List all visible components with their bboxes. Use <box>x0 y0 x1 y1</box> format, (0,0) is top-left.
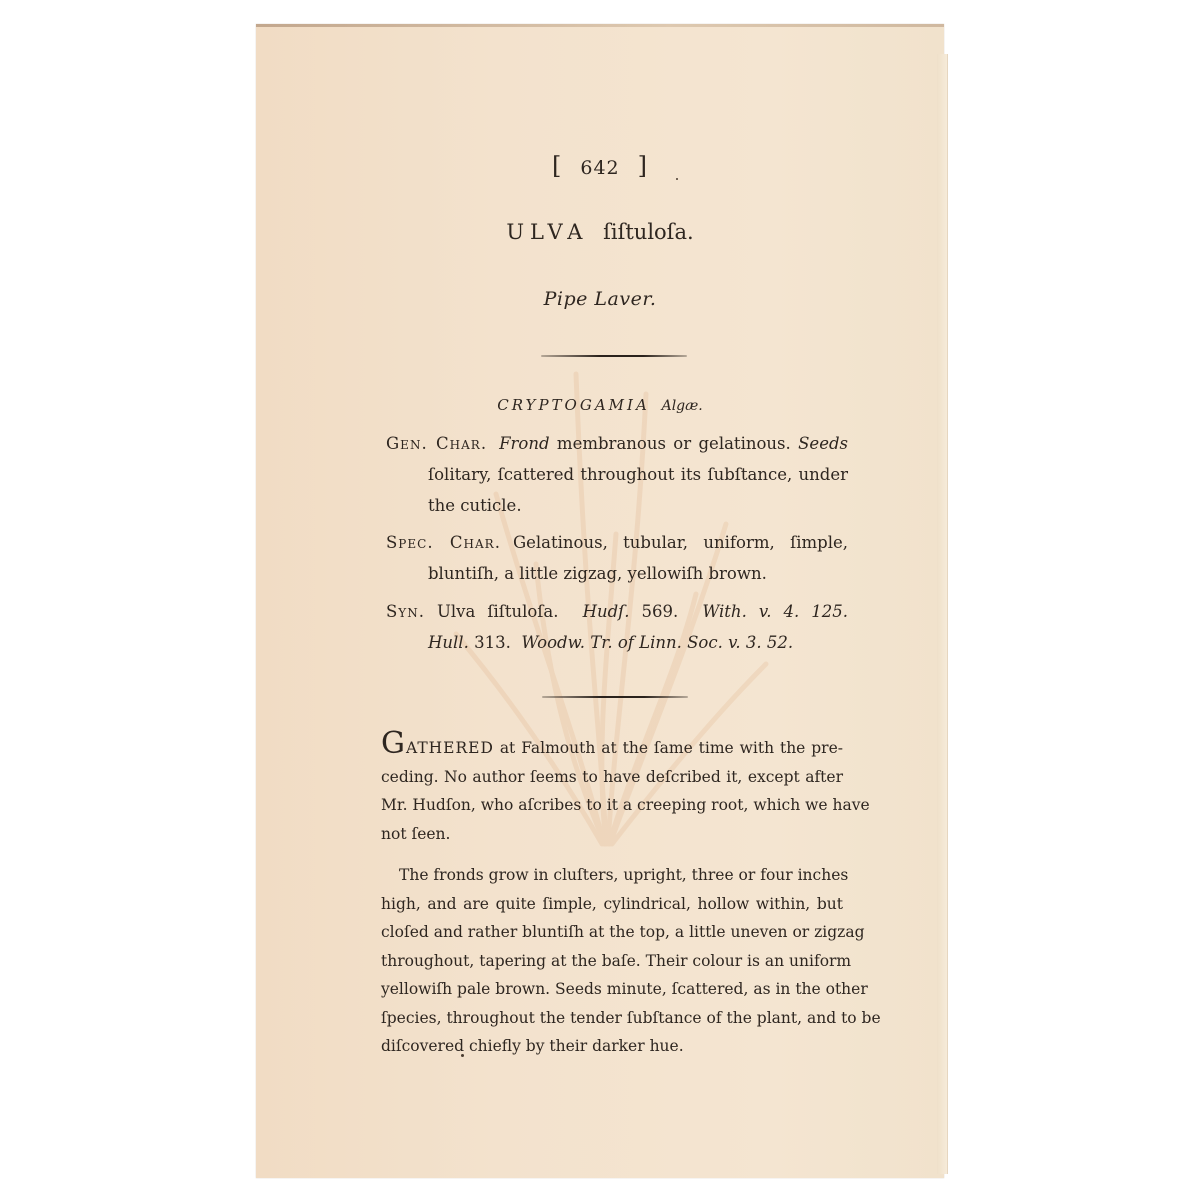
scan-background: [642] ULVA ſiſtuloſa. Pipe Laver. CRYPTO… <box>0 0 1200 1200</box>
page-number-bracket-open: [ <box>552 152 562 180</box>
page-number-bracket-close: ] <box>638 152 648 180</box>
specific-character-label: Spec. Char. <box>386 533 501 552</box>
paragraph-line: diſcovered chiefly by their darker hue. <box>381 1032 843 1061</box>
paragraph-line: not ſeen. <box>381 820 843 849</box>
book-page: [642] ULVA ſiſtuloſa. Pipe Laver. CRYPTO… <box>256 24 944 1178</box>
page-number-value: 642 <box>580 157 619 179</box>
synonyms-label: Syn. <box>386 602 425 621</box>
paragraph-line: yellowiſh pale brown. Seeds minute, ſcat… <box>381 975 843 1004</box>
generic-character: Gen. Char.Frond membranous or gelatinous… <box>386 428 848 521</box>
classification: CRYPTOGAMIA Algæ. <box>256 396 944 414</box>
species-title: ULVA ſiſtuloſa. <box>256 220 944 244</box>
synonyms: Syn.Ulva ſiſtuloſa. Hudſ. 569. With. v. … <box>386 596 848 658</box>
description-paragraph: GATHERED at Falmouth at the ſame time wi… <box>381 729 843 848</box>
generic-character-line: the cuticle. <box>386 490 848 521</box>
genus-name: ULVA <box>506 220 588 244</box>
generic-character-line: Gen. Char.Frond membranous or gelatinous… <box>386 428 848 459</box>
page-number: [642] <box>256 152 944 180</box>
synonyms-line: Hull. 313. Woodw. Tr. of Linn. Soc. v. 3… <box>386 627 848 658</box>
paragraph-line: The fronds grow in cluſters, upright, th… <box>381 861 843 890</box>
paragraph-line: ſpecies, throughout the tender ſubſtance… <box>381 1004 843 1033</box>
synonyms-line: Syn.Ulva ſiſtuloſa. Hudſ. 569. With. v. … <box>386 596 848 627</box>
divider-rule <box>541 355 687 357</box>
species-epithet: ſiſtuloſa. <box>603 220 694 244</box>
specific-character-line: Spec. Char.Gelatinous, tubular, uniform,… <box>386 527 848 558</box>
divider-rule <box>542 696 688 698</box>
paragraph-line: throughout, tapering at the baſe. Their … <box>381 947 843 976</box>
paragraph-line: Mr. Hudſon, who aſcribes to it a creepin… <box>381 791 843 820</box>
paragraph-line: GATHERED at Falmouth at the ſame time wi… <box>381 729 843 763</box>
ink-speck <box>461 1054 464 1057</box>
specific-character-line: bluntiſh, a little zigzag, yellowiſh bro… <box>386 558 848 589</box>
generic-character-line: ſolitary, ſcattered throughout its ſubſt… <box>386 459 848 490</box>
classification-order: Algæ. <box>662 398 703 414</box>
classification-class: CRYPTOGAMIA <box>497 396 650 414</box>
specific-character: Spec. Char.Gelatinous, tubular, uniform,… <box>386 527 848 589</box>
dropcap-letter: G <box>381 726 406 761</box>
paragraph-line: ceding. No author ſeems to have deſcribe… <box>381 763 843 792</box>
dropcap-word: GATHERED <box>381 739 494 757</box>
common-name: Pipe Laver. <box>256 288 944 310</box>
generic-character-label: Gen. Char. <box>386 434 487 453</box>
paragraph-line: cloſed and rather bluntiſh at the top, a… <box>381 918 843 947</box>
paragraph-line: high, and are quite ſimple, cylindrical,… <box>381 890 843 919</box>
description-paragraph: The fronds grow in cluſters, upright, th… <box>381 861 843 1061</box>
ink-speck <box>676 178 678 180</box>
